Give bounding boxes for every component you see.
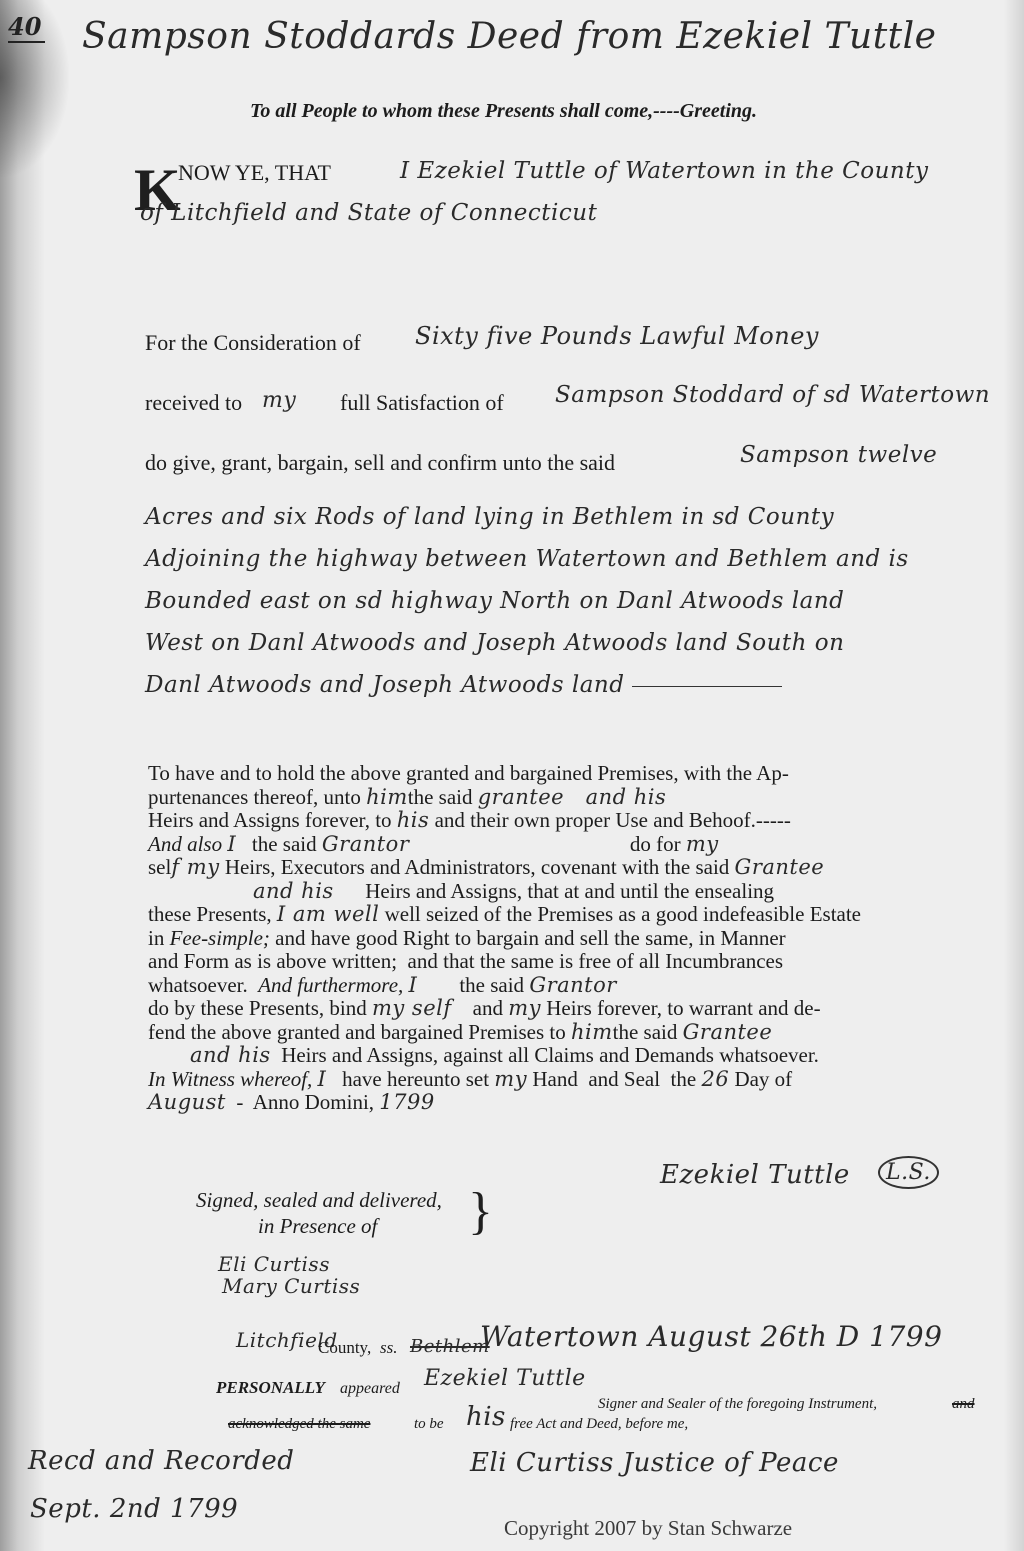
printed-text: these Presents,: [148, 902, 277, 926]
land-line: Adjoining the highway between Watertown …: [145, 538, 909, 580]
page-number: 40: [8, 12, 45, 43]
acknowledgment-place-date: Watertown August 26th D 1799: [480, 1320, 942, 1353]
habendum-line: do by these Presents, bind my self and m…: [148, 997, 1008, 1021]
printed-text: [148, 879, 253, 903]
handwritten-fill: my: [686, 832, 719, 856]
printed-text: and: [452, 996, 509, 1020]
in-presence-label: in Presence of: [258, 1214, 377, 1239]
land-line: Danl Atwoods and Joseph Atwoods land: [145, 664, 909, 706]
printed-text: Heirs and Assigns, that at and until the…: [334, 879, 774, 903]
habendum-line: And also I the said Grantor do for my: [148, 833, 1008, 857]
handwritten-fill: 1799: [379, 1090, 434, 1114]
printed-text: the said: [417, 973, 529, 997]
handwritten-fill: grantee and his: [478, 785, 667, 809]
to-be-label: to be: [414, 1416, 444, 1433]
brace: }: [468, 1186, 493, 1238]
struck-acknowledged: acknowledged the same: [228, 1416, 370, 1433]
land-line: Bounded east on sd highway North on Danl…: [145, 580, 909, 622]
habendum-line: these Presents, I am well well seized of…: [148, 903, 1008, 927]
printed-text: whatsoever.: [148, 973, 258, 997]
printed-text: In Witness whereof,: [148, 1067, 318, 1091]
handwritten-fill: my: [508, 996, 541, 1020]
printed-text: To have and to hold the above granted an…: [148, 761, 789, 785]
printed-text: Heirs, Executors and Administrators, cov…: [220, 855, 735, 879]
printed-text: Day of: [729, 1067, 792, 1091]
habendum-line: August - Anno Domini, 1799: [148, 1091, 1008, 1115]
ss-label: ss.: [380, 1338, 397, 1358]
printed-text: the said: [236, 832, 322, 856]
habendum-line: Heirs and Assigns forever, to his and th…: [148, 809, 1008, 833]
handwritten-fill: Grantee: [735, 855, 825, 879]
witness-2: Mary Curtiss: [222, 1274, 360, 1298]
habendum-line: fend the above granted and bargained Pre…: [148, 1021, 1008, 1045]
seal-mark: L.S.: [878, 1156, 939, 1189]
habendum-line: and his Heirs and Assigns, that at and u…: [148, 880, 1008, 904]
printed-text: Hand and Seal the: [527, 1067, 701, 1091]
recorded-note-line1: Recd and Recorded: [28, 1446, 294, 1476]
habendum-line: in Fee-simple; and have good Right to ba…: [148, 927, 1008, 951]
handwritten-fill: Grantor: [322, 832, 409, 856]
printed-text: do for: [409, 832, 686, 856]
habendum-line: self my Heirs, Executors and Administrat…: [148, 856, 1008, 880]
printed-text: And furthermore,: [258, 973, 408, 997]
handwritten-fill: my self: [372, 996, 452, 1020]
printed-text: the said: [408, 785, 478, 809]
handwritten-fill: I am well: [277, 902, 379, 926]
free-act-label: free Act and Deed, before me,: [510, 1416, 688, 1433]
handwritten-fill: I: [409, 973, 418, 997]
his-handwritten: his: [466, 1402, 506, 1432]
grantee-handwritten: Sampson Stoddard of sd Watertown: [555, 382, 990, 408]
printed-text: - Anno Domini,: [226, 1090, 379, 1114]
habendum-line: In Witness whereof, I have hereunto set …: [148, 1068, 1008, 1092]
printed-text: Heirs and Assigns, against all Claims an…: [271, 1043, 819, 1067]
copyright-notice: Copyright 2007 by Stan Schwarze: [504, 1516, 792, 1541]
printed-text: Heirs and Assigns forever, to: [148, 808, 397, 832]
grant-clause: do give, grant, bargain, sell and confir…: [145, 450, 615, 476]
handwritten-fill: Grantor: [529, 973, 616, 997]
grantor-handwritten: I Ezekiel Tuttle of Watertown in the Cou…: [400, 158, 928, 184]
handwritten-fill: f my: [171, 855, 219, 879]
printed-text: well seized of the Premises as a good in…: [379, 902, 861, 926]
printed-text: [148, 1043, 190, 1067]
struck-and: and: [952, 1396, 975, 1413]
printed-text: And also: [148, 832, 227, 856]
printed-text: sel: [148, 855, 171, 879]
handwritten-fill: and his: [190, 1043, 271, 1067]
handwritten-fill: August: [148, 1090, 226, 1114]
grantor-location-handwritten: of Litchfield and State of Connecticut: [140, 200, 597, 226]
printed-text: and have good Right to bargain and sell …: [270, 926, 786, 950]
printed-text: in: [148, 926, 170, 950]
handwritten-fill: I: [227, 832, 236, 856]
printed-text: Heirs forever, to warrant and de-: [541, 996, 821, 1020]
struck-place: Bethlem: [410, 1336, 490, 1357]
land-line: West on Danl Atwoods and Joseph Atwoods …: [145, 622, 909, 664]
land-description: Acres and six Rods of land lying in Beth…: [145, 496, 909, 706]
deed-title: Sampson Stoddards Deed from Ezekiel Tutt…: [82, 16, 936, 57]
recorded-note-line2: Sept. 2nd 1799: [30, 1494, 238, 1524]
appeared-name: Ezekiel Tuttle: [424, 1366, 586, 1391]
signed-sealed-label: Signed, sealed and delivered,: [196, 1188, 442, 1213]
personally-label: PERSONALLY: [216, 1378, 325, 1398]
grantor-signature: Ezekiel Tuttle: [660, 1160, 850, 1190]
signer-sealer-label: Signer and Sealer of the foregoing Instr…: [598, 1396, 877, 1413]
consideration-amount: Sixty five Pounds Lawful Money: [415, 322, 819, 350]
received-label: received to: [145, 390, 242, 416]
printed-text: and their own proper Use and Behoof.----…: [429, 808, 791, 832]
habendum-line: purtenances thereof, unto himthe said gr…: [148, 786, 1008, 810]
justice-signature: Eli Curtiss Justice of Peace: [470, 1448, 839, 1478]
habendum-line: whatsoever. And furthermore, I the said …: [148, 974, 1008, 998]
grant-handwritten: Sampson twelve: [740, 442, 937, 468]
handwritten-fill: his: [397, 808, 430, 832]
habendum-clause: To have and to hold the above granted an…: [148, 762, 1008, 1115]
handwritten-fill: him: [571, 1020, 613, 1044]
printed-text: fend the above granted and bargained Pre…: [148, 1020, 571, 1044]
habendum-line: and his Heirs and Assigns, against all C…: [148, 1044, 1008, 1068]
greeting: To all People to whom these Presents sha…: [250, 100, 757, 123]
witness-1: Eli Curtiss: [218, 1252, 330, 1276]
printed-text: Fee-simple;: [170, 926, 270, 950]
handwritten-fill: 26: [701, 1067, 729, 1091]
handwritten-fill: him: [366, 785, 408, 809]
received-my: my: [262, 388, 296, 413]
handwritten-fill: Grantee: [683, 1020, 773, 1044]
handwritten-fill: my: [494, 1067, 527, 1091]
know-ye-printed: NOW YE, THAT: [178, 160, 331, 186]
habendum-line: To have and to hold the above granted an…: [148, 762, 1008, 786]
consideration-label: For the Consideration of: [145, 330, 361, 356]
printed-text: and Form as is above written; and that t…: [148, 949, 783, 973]
printed-text: do by these Presents, bind: [148, 996, 372, 1020]
habendum-line: and Form as is above written; and that t…: [148, 950, 1008, 974]
satisfaction-label: full Satisfaction of: [340, 390, 504, 416]
county-label: County,: [318, 1338, 371, 1358]
deed-page: 40 Sampson Stoddards Deed from Ezekiel T…: [0, 0, 1024, 1551]
printed-text: have hereunto set: [326, 1067, 494, 1091]
printed-text: purtenances thereof, unto: [148, 785, 366, 809]
handwritten-fill: and his: [253, 879, 334, 903]
appeared-label: appeared: [340, 1380, 400, 1398]
printed-text: the said: [613, 1020, 683, 1044]
land-line: Acres and six Rods of land lying in Beth…: [145, 496, 909, 538]
